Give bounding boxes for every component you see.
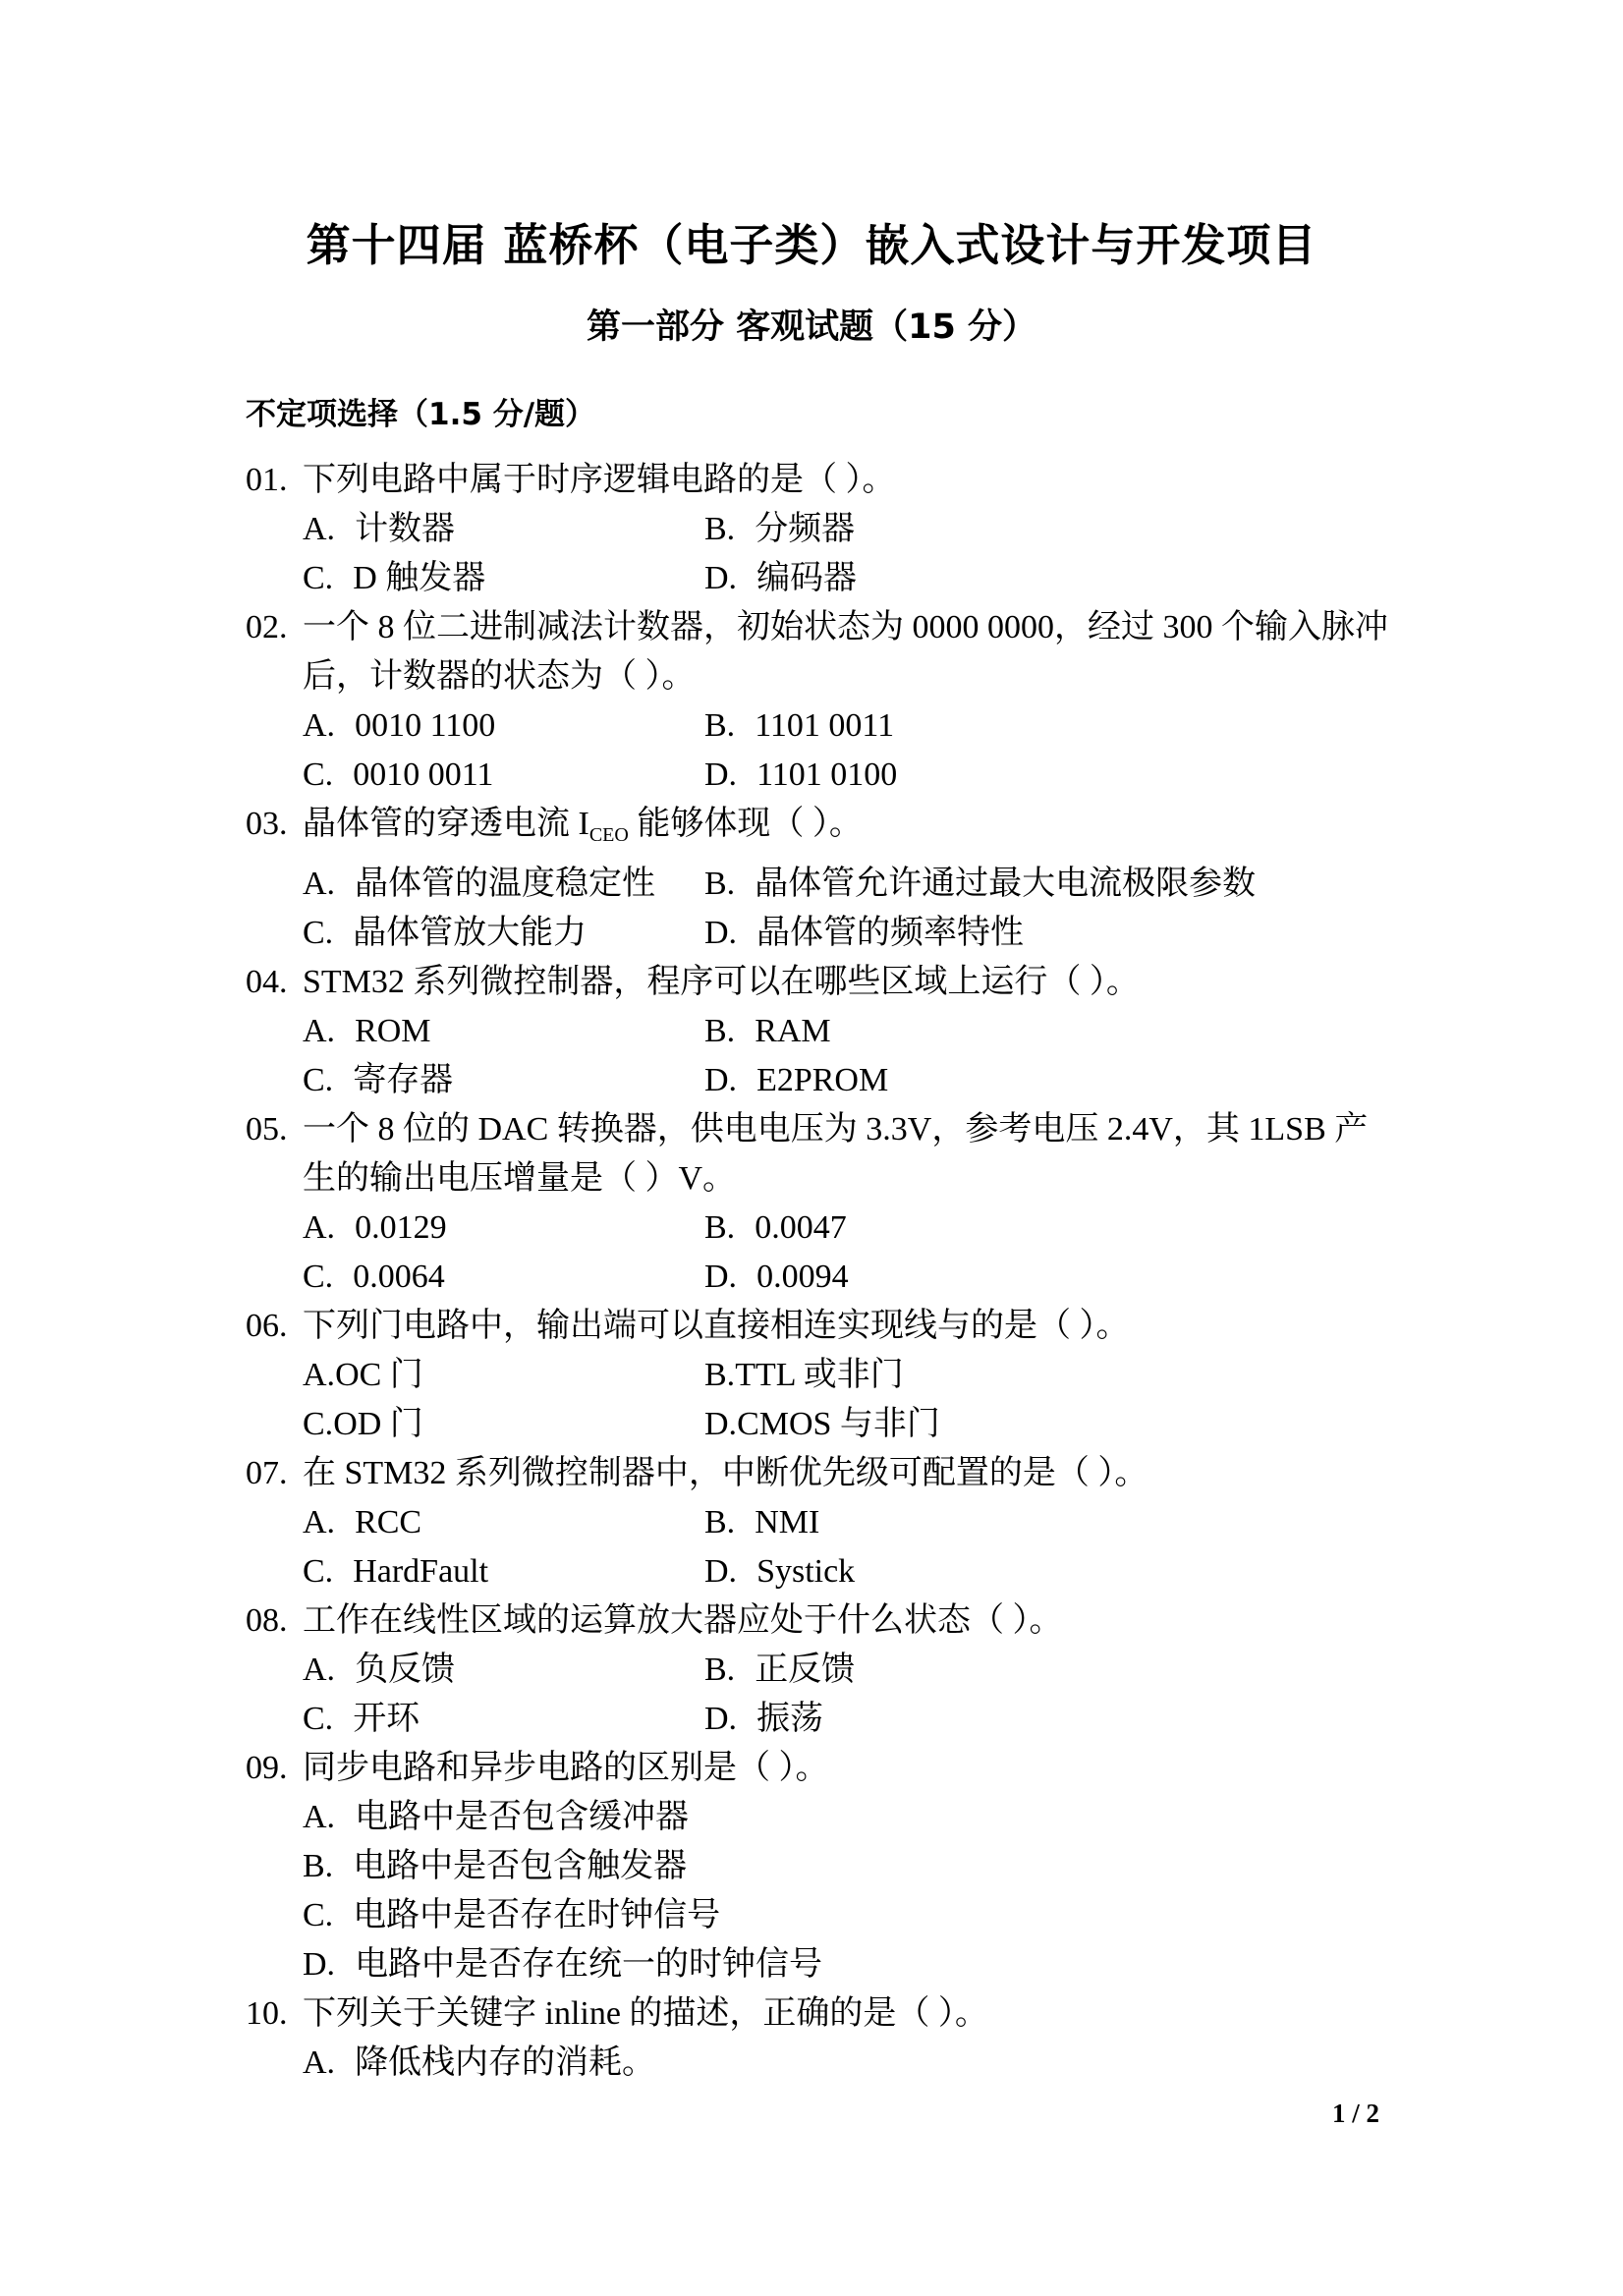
option-text: OD 门 — [333, 1406, 423, 1442]
option-d: D.CMOS 与非门 — [704, 1400, 1400, 1449]
option-text: 寄存器 — [353, 1062, 453, 1098]
option-a: A.计数器 — [303, 505, 704, 554]
option-label: B. — [704, 511, 735, 547]
option-group: A.计数器 B.分频器 C.D 触发器 D.编码器 — [303, 505, 1400, 603]
option-label: A. — [303, 1013, 335, 1049]
option-label: B. — [303, 1848, 333, 1884]
option-text: 0.0094 — [756, 1259, 849, 1295]
option-a: A.0010 1100 — [303, 701, 704, 751]
option-text: 0.0047 — [755, 1209, 847, 1246]
option-label: D. — [704, 756, 737, 793]
option-text: 0010 1100 — [355, 707, 495, 744]
option-label: D. — [704, 1062, 737, 1098]
option-text: 电路中是否存在时钟信号 — [353, 1897, 720, 1933]
option-a: A.晶体管的温度稳定性 — [303, 860, 704, 909]
option-label: B. — [704, 1652, 735, 1688]
option-label: D. — [704, 915, 737, 951]
option-label: A. — [303, 707, 335, 744]
option-text: RCC — [355, 1504, 421, 1540]
option-label: B. — [704, 866, 735, 902]
question-number: 07. — [246, 1449, 303, 1498]
option-label: D. — [704, 1553, 737, 1590]
question-body: 下列关于关键字 inline 的描述，正确的是（ ）。 A.降低栈内存的消耗。 — [303, 1989, 1400, 2088]
option-group: A.降低栈内存的消耗。 — [303, 2039, 1400, 2088]
option-text: E2PROM — [756, 1062, 888, 1098]
option-label: C. — [303, 756, 333, 793]
option-text: 电路中是否存在统一的时钟信号 — [355, 1946, 822, 1983]
option-text: ROM — [355, 1013, 430, 1049]
option-text: 开环 — [353, 1701, 420, 1737]
option-c: C.OD 门 — [303, 1400, 704, 1449]
question-body: STM32 系列微控制器，程序可以在哪些区域上运行（ ）。 A.ROM B.RA… — [303, 958, 1400, 1105]
question-number: 02. — [246, 603, 303, 652]
exam-paper-page: 第十四届 蓝桥杯（电子类）嵌入式设计与开发项目 第一部分 客观试题（15 分） … — [0, 0, 1623, 2296]
question-stem: 在 STM32 系列微控制器中，中断优先级可配置的是（ ）。 — [303, 1449, 1400, 1498]
option-text: 编码器 — [756, 560, 857, 596]
option-d: D.Systick — [704, 1547, 1400, 1596]
option-d: D.0.0094 — [704, 1253, 1400, 1302]
option-c: C.0.0064 — [303, 1253, 704, 1302]
question-body: 一个 8 位二进制减法计数器，初始状态为 0000 0000，经过 300 个输… — [303, 603, 1400, 800]
question-body: 下列门电路中，输出端可以直接相连实现线与的是（ ）。 A.OC 门 B.TTL … — [303, 1302, 1400, 1449]
option-label: D. — [704, 1406, 737, 1442]
option-text: 1101 0100 — [756, 756, 897, 793]
option-text: 晶体管允许通过最大电流极限参数 — [755, 866, 1256, 902]
question-09: 09. 同步电路和异步电路的区别是（ ）。 A.电路中是否包含缓冲器 B.电路中… — [246, 1744, 1400, 1989]
option-b: B.正反馈 — [704, 1646, 1400, 1695]
stem-text: 晶体管的穿透电流 I — [303, 806, 589, 842]
option-label: D. — [704, 1701, 737, 1737]
option-label: C. — [303, 1259, 333, 1295]
section-heading: 不定项选择（1.5 分/题） — [246, 389, 595, 433]
option-d: D.电路中是否存在统一的时钟信号 — [303, 1940, 1400, 1989]
option-label: A. — [303, 511, 335, 547]
option-a: A.降低栈内存的消耗。 — [303, 2039, 1400, 2088]
option-group: A.晶体管的温度稳定性 B.晶体管允许通过最大电流极限参数 C.晶体管放大能力 … — [303, 860, 1400, 958]
option-text: CMOS 与非门 — [737, 1406, 940, 1442]
option-text: 正反馈 — [755, 1652, 855, 1688]
question-stem: 下列关于关键字 inline 的描述，正确的是（ ）。 — [303, 1989, 1400, 2039]
option-d: D.晶体管的频率特性 — [704, 909, 1400, 958]
option-label: A. — [303, 1357, 335, 1393]
question-02: 02. 一个 8 位二进制减法计数器，初始状态为 0000 0000，经过 30… — [246, 603, 1400, 800]
option-label: D. — [303, 1946, 335, 1983]
question-number: 05. — [246, 1105, 303, 1154]
option-a: A.0.0129 — [303, 1204, 704, 1253]
option-a: A.OC 门 — [303, 1351, 704, 1400]
option-b: B.1101 0011 — [704, 701, 1400, 751]
question-stem: 一个 8 位的 DAC 转换器，供电电压为 3.3V，参考电压 2.4V，其 1… — [303, 1105, 1400, 1204]
option-text: 晶体管的频率特性 — [756, 915, 1024, 951]
option-a: A.RCC — [303, 1498, 704, 1547]
question-10: 10. 下列关于关键字 inline 的描述，正确的是（ ）。 A.降低栈内存的… — [246, 1989, 1400, 2088]
option-group: A.0.0129 B.0.0047 C.0.0064 D.0.0094 — [303, 1204, 1400, 1302]
option-text: 振荡 — [756, 1701, 823, 1737]
option-label: A. — [303, 1799, 335, 1835]
question-stem: STM32 系列微控制器，程序可以在哪些区域上运行（ ）。 — [303, 958, 1400, 1007]
option-label: B. — [704, 1504, 735, 1540]
question-body: 下列电路中属于时序逻辑电路的是（ ）。 A.计数器 B.分频器 C.D 触发器 … — [303, 456, 1400, 603]
option-text: 电路中是否包含触发器 — [353, 1848, 687, 1884]
option-label: B. — [704, 1013, 735, 1049]
stem-text: 能够体现（ ）。 — [629, 806, 863, 842]
subscript-ceo: CEO — [589, 824, 629, 846]
option-label: B. — [704, 1209, 735, 1246]
option-label: A. — [303, 1652, 335, 1688]
option-label: C. — [303, 915, 333, 951]
question-body: 在 STM32 系列微控制器中，中断优先级可配置的是（ ）。 A.RCC B.N… — [303, 1449, 1400, 1596]
question-stem: 下列电路中属于时序逻辑电路的是（ ）。 — [303, 456, 1400, 505]
option-b: B.0.0047 — [704, 1204, 1400, 1253]
option-text: HardFault — [353, 1553, 488, 1590]
option-label: B. — [704, 707, 735, 744]
option-text: 电路中是否包含缓冲器 — [355, 1799, 689, 1835]
option-text: 0.0129 — [355, 1209, 447, 1246]
option-label: C. — [303, 1701, 333, 1737]
question-06: 06. 下列门电路中，输出端可以直接相连实现线与的是（ ）。 A.OC 门 B.… — [246, 1302, 1400, 1449]
option-a: A.负反馈 — [303, 1646, 704, 1695]
question-body: 工作在线性区域的运算放大器应处于什么状态（ ）。 A.负反馈 B.正反馈 C.开… — [303, 1596, 1400, 1744]
question-number: 06. — [246, 1302, 303, 1351]
option-group: A.负反馈 B.正反馈 C.开环 D.振荡 — [303, 1646, 1400, 1744]
option-d: D.编码器 — [704, 554, 1400, 603]
option-group: A.RCC B.NMI C.HardFault D.Systick — [303, 1498, 1400, 1596]
option-text: 降低栈内存的消耗。 — [355, 2044, 655, 2081]
option-label: B. — [704, 1357, 735, 1393]
option-a: A.电路中是否包含缓冲器 — [303, 1793, 1400, 1842]
option-text: 晶体管放大能力 — [353, 915, 587, 951]
option-text: OC 门 — [335, 1357, 423, 1393]
option-d: D.1101 0100 — [704, 751, 1400, 800]
question-01: 01. 下列电路中属于时序逻辑电路的是（ ）。 A.计数器 B.分频器 C.D … — [246, 456, 1400, 603]
question-number: 08. — [246, 1596, 303, 1646]
question-08: 08. 工作在线性区域的运算放大器应处于什么状态（ ）。 A.负反馈 B.正反馈… — [246, 1596, 1400, 1744]
option-text: 0.0064 — [353, 1259, 445, 1295]
option-text: 1101 0011 — [755, 707, 894, 744]
question-05: 05. 一个 8 位的 DAC 转换器，供电电压为 3.3V，参考电压 2.4V… — [246, 1105, 1400, 1302]
option-b: B.电路中是否包含触发器 — [303, 1842, 1400, 1891]
option-group: A.0010 1100 B.1101 0011 C.0010 0011 D.11… — [303, 701, 1400, 800]
question-stem: 晶体管的穿透电流 ICEO 能够体现（ ）。 — [303, 800, 1400, 860]
option-label: C. — [303, 1406, 333, 1442]
question-07: 07. 在 STM32 系列微控制器中，中断优先级可配置的是（ ）。 A.RCC… — [246, 1449, 1400, 1596]
doc-title: 第十四届 蓝桥杯（电子类）嵌入式设计与开发项目 — [0, 209, 1623, 273]
option-label: D. — [704, 1259, 737, 1295]
question-number: 09. — [246, 1744, 303, 1793]
option-c: C.HardFault — [303, 1547, 704, 1596]
option-text: Systick — [756, 1553, 855, 1590]
option-c: C.寄存器 — [303, 1056, 704, 1105]
question-stem: 下列门电路中，输出端可以直接相连实现线与的是（ ）。 — [303, 1302, 1400, 1351]
question-list: 01. 下列电路中属于时序逻辑电路的是（ ）。 A.计数器 B.分频器 C.D … — [246, 456, 1400, 2088]
question-stem: 一个 8 位二进制减法计数器，初始状态为 0000 0000，经过 300 个输… — [303, 603, 1400, 701]
option-text: 计数器 — [355, 511, 455, 547]
option-label: C. — [303, 560, 333, 596]
option-c: C.开环 — [303, 1695, 704, 1744]
question-stem: 工作在线性区域的运算放大器应处于什么状态（ ）。 — [303, 1596, 1400, 1646]
option-label: C. — [303, 1062, 333, 1098]
option-d: D.振荡 — [704, 1695, 1400, 1744]
option-b: B.晶体管允许通过最大电流极限参数 — [704, 860, 1400, 909]
option-group: A.OC 门 B.TTL 或非门 C.OD 门 D.CMOS 与非门 — [303, 1351, 1400, 1449]
option-text: 0010 0011 — [353, 756, 493, 793]
option-b: B.NMI — [704, 1498, 1400, 1547]
question-stem: 同步电路和异步电路的区别是（ ）。 — [303, 1744, 1400, 1793]
option-b: B.TTL 或非门 — [704, 1351, 1400, 1400]
doc-subtitle: 第一部分 客观试题（15 分） — [0, 300, 1623, 349]
option-group: A.ROM B.RAM C.寄存器 D.E2PROM — [303, 1007, 1400, 1105]
question-body: 同步电路和异步电路的区别是（ ）。 A.电路中是否包含缓冲器 B.电路中是否包含… — [303, 1744, 1400, 1989]
question-body: 晶体管的穿透电流 ICEO 能够体现（ ）。 A.晶体管的温度稳定性 B.晶体管… — [303, 800, 1400, 958]
option-d: D.E2PROM — [704, 1056, 1400, 1105]
option-b: B.RAM — [704, 1007, 1400, 1056]
option-text: NMI — [755, 1504, 819, 1540]
option-text: D 触发器 — [353, 560, 485, 596]
question-04: 04. STM32 系列微控制器，程序可以在哪些区域上运行（ ）。 A.ROM … — [246, 958, 1400, 1105]
option-label: A. — [303, 2044, 335, 2081]
option-label: A. — [303, 1504, 335, 1540]
question-03: 03. 晶体管的穿透电流 ICEO 能够体现（ ）。 A.晶体管的温度稳定性 B… — [246, 800, 1400, 958]
option-text: 负反馈 — [355, 1652, 455, 1688]
option-label: C. — [303, 1553, 333, 1590]
option-c: C.D 触发器 — [303, 554, 704, 603]
option-a: A.ROM — [303, 1007, 704, 1056]
option-text: 分频器 — [755, 511, 855, 547]
question-number: 10. — [246, 1989, 303, 2039]
question-number: 04. — [246, 958, 303, 1007]
option-c: C.晶体管放大能力 — [303, 909, 704, 958]
option-label: C. — [303, 1897, 333, 1933]
option-text: 晶体管的温度稳定性 — [355, 866, 655, 902]
option-c: C.电路中是否存在时钟信号 — [303, 1891, 1400, 1940]
page-indicator: 1 / 2 — [1332, 2099, 1379, 2129]
question-body: 一个 8 位的 DAC 转换器，供电电压为 3.3V，参考电压 2.4V，其 1… — [303, 1105, 1400, 1302]
question-number: 03. — [246, 800, 303, 849]
option-text: RAM — [755, 1013, 830, 1049]
question-number: 01. — [246, 456, 303, 505]
option-label: A. — [303, 866, 335, 902]
option-c: C.0010 0011 — [303, 751, 704, 800]
option-label: A. — [303, 1209, 335, 1246]
option-group: A.电路中是否包含缓冲器 B.电路中是否包含触发器 C.电路中是否存在时钟信号 … — [303, 1793, 1400, 1989]
option-b: B.分频器 — [704, 505, 1400, 554]
option-text: TTL 或非门 — [735, 1357, 904, 1393]
option-label: D. — [704, 560, 737, 596]
